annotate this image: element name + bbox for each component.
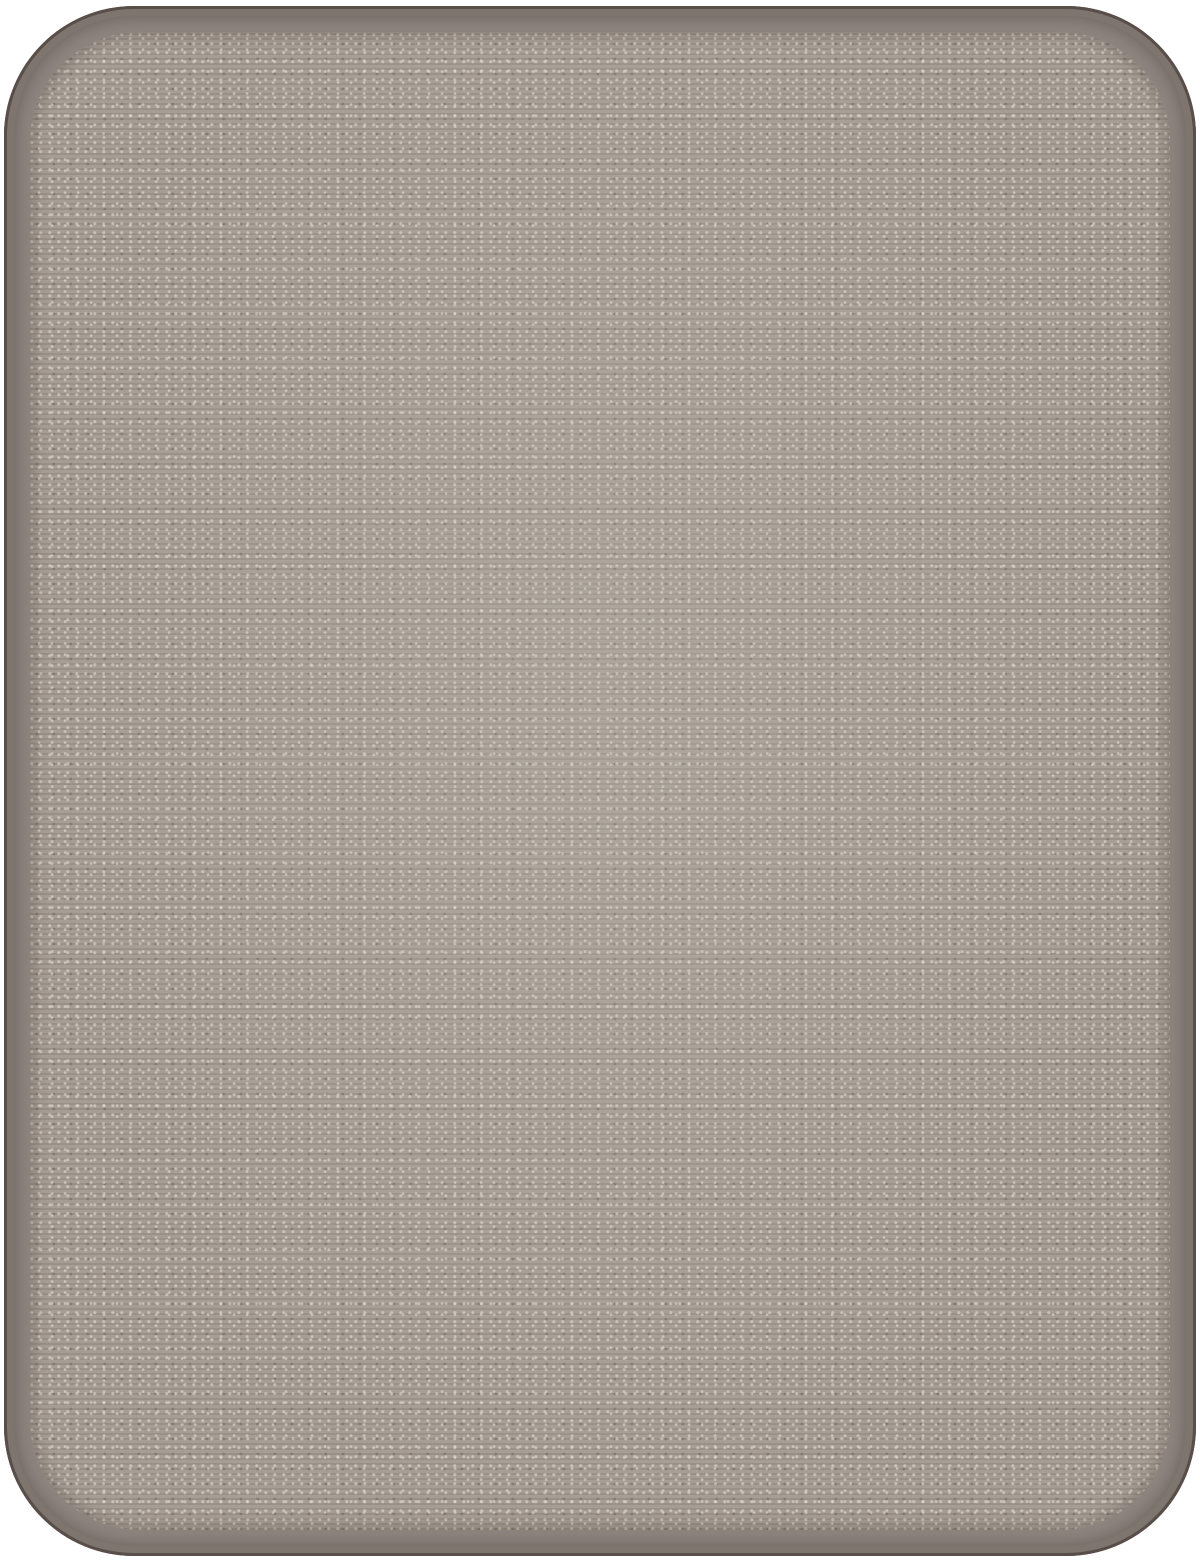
powder-sheen <box>30 32 1170 1530</box>
eyeshadow-pan <box>4 6 1196 1556</box>
eyeshadow-powder <box>30 32 1170 1530</box>
